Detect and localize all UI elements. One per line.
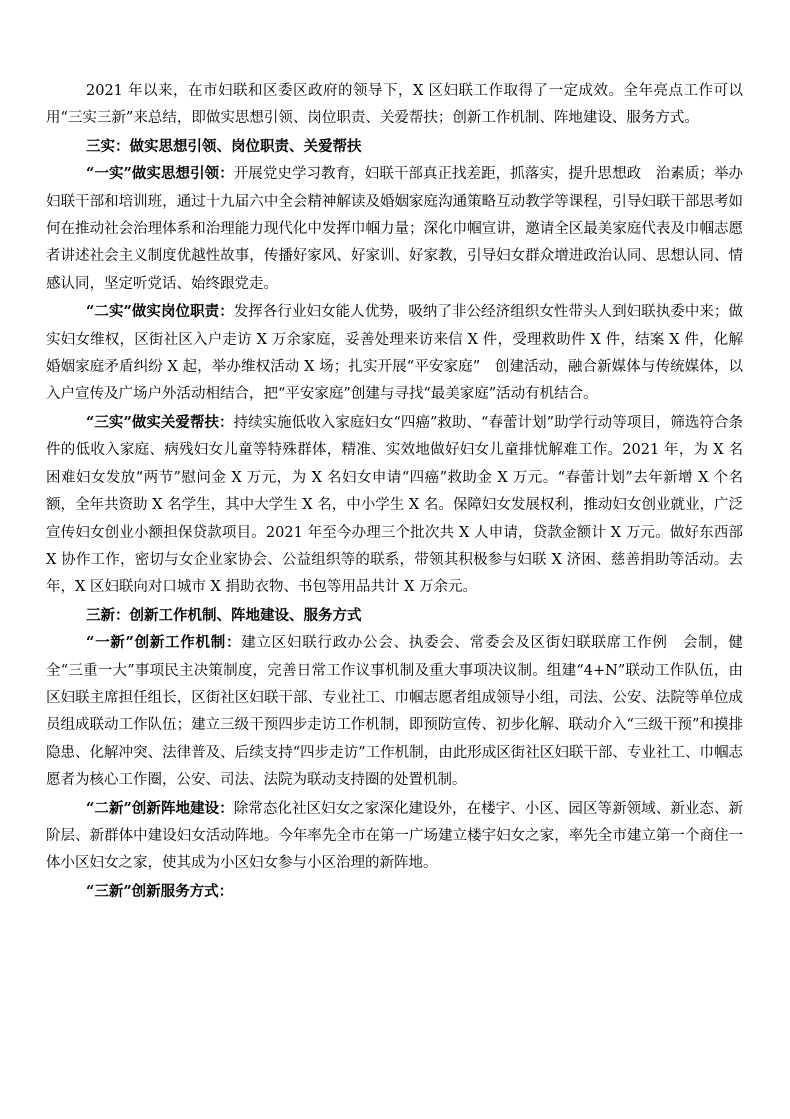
paragraph-text: 开展党史学习教育，妇联干部真正找差距，抓落实，提升思想政 治素质；举办妇联干部和… <box>46 166 743 292</box>
document-page: 2021 年以来，在市妇联和区委区政府的领导下，X 区妇联工作取得了一定成效。全… <box>0 0 790 1119</box>
paragraph-two-xin: “二新”创新阵地建设：除常态化社区妇女之家深化建设外，在楼宇、小区、园区等新领域… <box>46 795 743 878</box>
document-body: 2021 年以来，在市妇联和区委区政府的领导下，X 区妇联工作取得了一定成效。全… <box>46 78 743 906</box>
section-heading-three-shi: 三实：做实思想引领、岗位职责、关爱帮扶 <box>46 133 743 160</box>
paragraph-lead: “二实”做实岗位职责： <box>86 303 234 320</box>
paragraph-lead: “一新”创新工作机制： <box>86 634 241 651</box>
paragraph-lead: “三实”做实关爱帮扶： <box>86 414 234 431</box>
heading-text: 三实：做实思想引领、岗位职责、关爱帮扶 <box>86 138 362 155</box>
paragraph-one-shi: “一实”做实思想引领：开展党史学习教育，妇联干部真正找差距，抓落实，提升思想政 … <box>46 160 743 298</box>
heading-text: 三新：创新工作机制、阵地建设、服务方式 <box>86 607 362 624</box>
paragraph-one-xin: “一新”创新工作机制：建立区妇联行政办公会、执委会、常委会及区街妇联联席工作例 … <box>46 629 743 794</box>
paragraph-two-shi: “二实”做实岗位职责：发挥各行业妇女能人优势，吸纳了非公经济组织女性带头人到妇联… <box>46 298 743 409</box>
paragraph-lead: “二新”创新阵地建设： <box>86 800 234 817</box>
paragraph-three-xin: “三新”创新服务方式： <box>46 878 743 906</box>
paragraph-lead: “一实”做实思想引领： <box>86 165 234 182</box>
paragraph-text: 建立区妇联行政办公会、执委会、常委会及区街妇联联席工作例 会制，健全“三重一大”… <box>46 635 743 788</box>
paragraph-text: 持续实施低收入家庭妇女“四癌”救助、“春蕾计划”助学行动等项目，筛选符合条件的低… <box>46 415 743 595</box>
paragraph-three-shi: “三实”做实关爱帮扶：持续实施低收入家庭妇女“四癌”救助、“春蕾计划”助学行动等… <box>46 409 743 602</box>
section-heading-three-xin: 三新：创新工作机制、阵地建设、服务方式 <box>46 602 743 629</box>
paragraph-text: 2021 年以来，在市妇联和区委区政府的领导下，X 区妇联工作取得了一定成效。全… <box>46 83 743 126</box>
paragraph-lead: “三新”创新服务方式： <box>86 883 233 900</box>
intro-paragraph: 2021 年以来，在市妇联和区委区政府的领导下，X 区妇联工作取得了一定成效。全… <box>46 78 743 133</box>
